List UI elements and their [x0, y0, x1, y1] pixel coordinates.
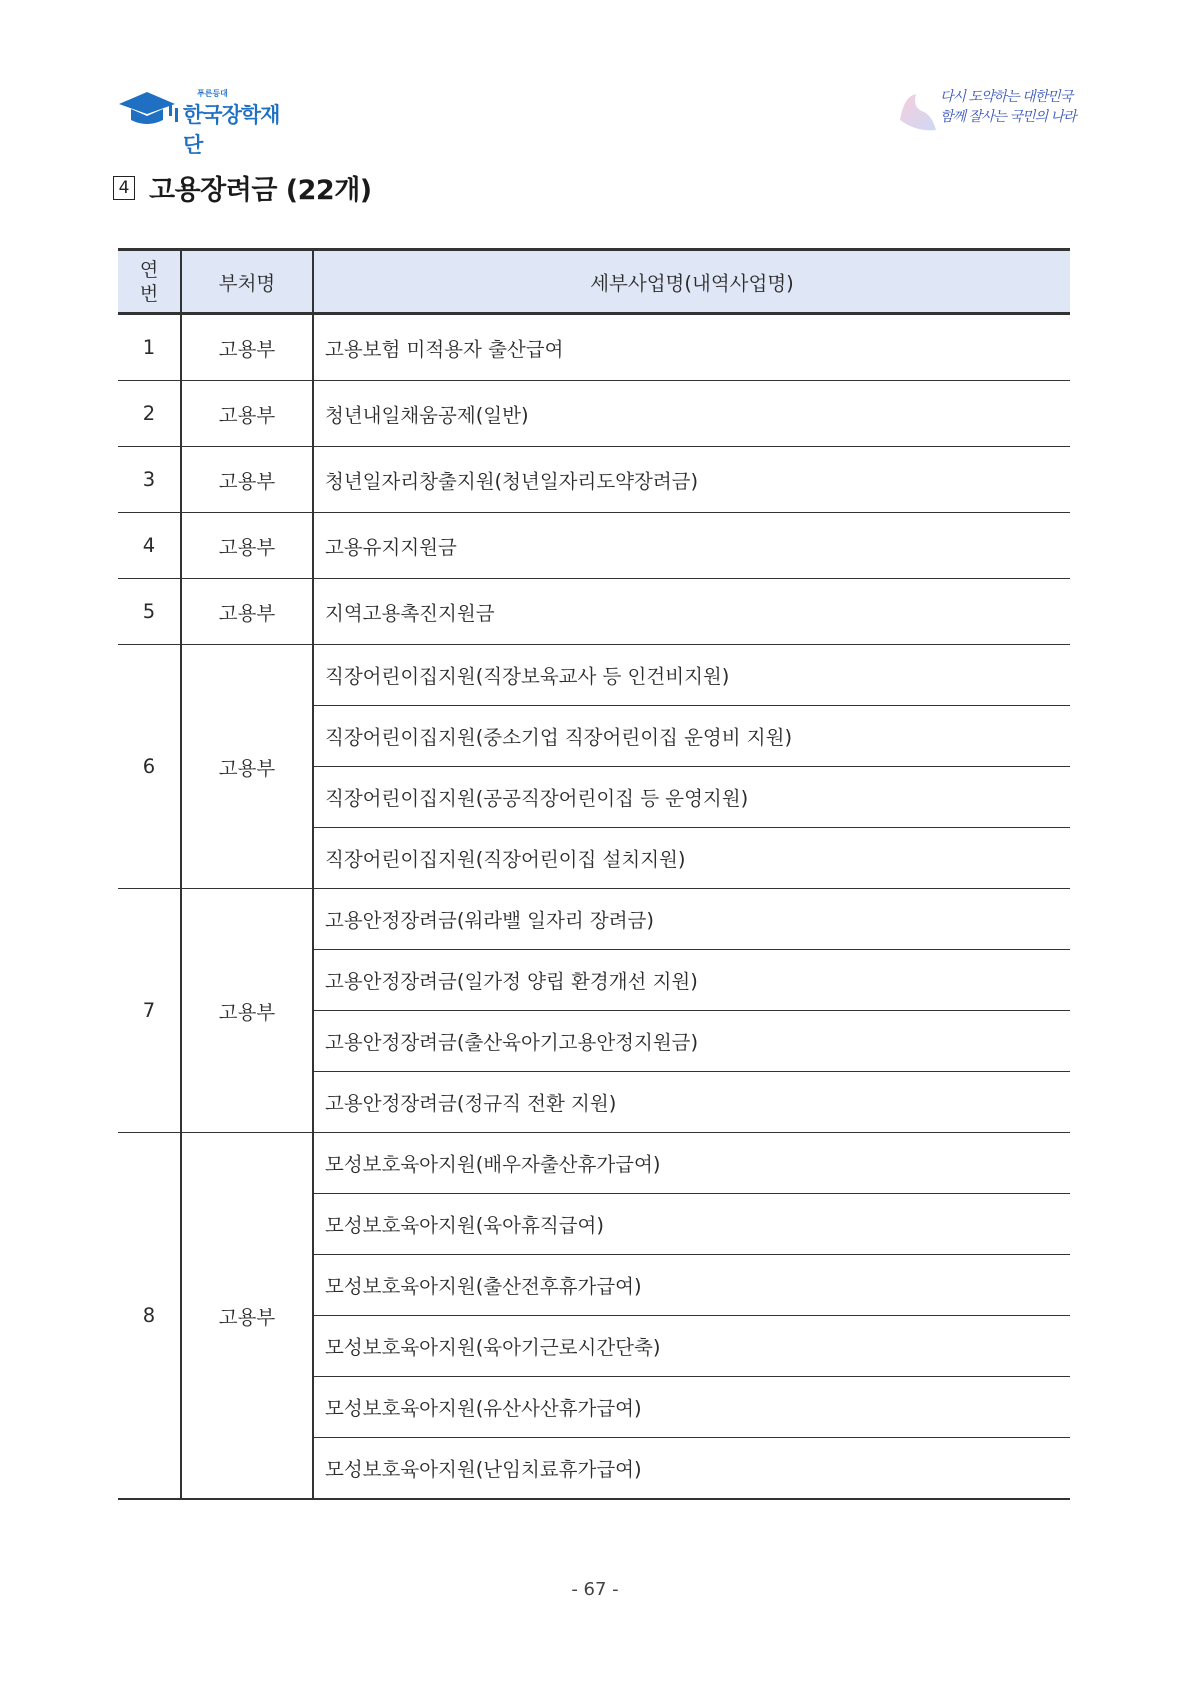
- program-cell: 모성보호육아지원(배우자출산휴가급여): [313, 1133, 1070, 1194]
- dept-cell: 고용부: [181, 381, 313, 447]
- seq-cell: 2: [118, 381, 181, 447]
- program-cell: 고용안정장려금(워라밸 일자리 장려금): [313, 889, 1070, 950]
- table-row: 3 고용부 청년일자리창출지원(청년일자리도약장려금): [118, 447, 1070, 513]
- seq-cell: 4: [118, 513, 181, 579]
- seq-cell: 6: [118, 645, 181, 889]
- page-number: - 67 -: [0, 1579, 1190, 1600]
- program-cell: 직장어린이집지원(직장어린이집 설치지원): [313, 828, 1070, 889]
- dept-cell: 고용부: [181, 1133, 313, 1500]
- program-cell: 고용안정장려금(출산육아기고용안정지원금): [313, 1011, 1070, 1072]
- dept-cell: 고용부: [181, 447, 313, 513]
- program-cell: 고용유지지원금: [313, 513, 1070, 579]
- table-row: 6 고용부 직장어린이집지원(직장보육교사 등 인건비지원): [118, 645, 1070, 706]
- seq-cell: 5: [118, 579, 181, 645]
- program-cell: 모성보호육아지원(육아기근로시간단축): [313, 1316, 1070, 1377]
- table-row: 1 고용부 고용보험 미적용자 출산급여: [118, 314, 1070, 381]
- program-cell: 고용안정장려금(일가정 양립 환경개선 지원): [313, 950, 1070, 1011]
- program-cell: 직장어린이집지원(공공직장어린이집 등 운영지원): [313, 767, 1070, 828]
- program-cell: 모성보호육아지원(육아휴직급여): [313, 1194, 1070, 1255]
- table-row: 4 고용부 고용유지지원금: [118, 513, 1070, 579]
- table-row: 7 고용부 고용안정장려금(워라밸 일자리 장려금): [118, 889, 1070, 950]
- subsidy-table: 연 번 부처명 세부사업명(내역사업명) 1 고용부 고용보험 미적용자 출산급…: [118, 248, 1070, 1500]
- program-cell: 지역고용촉진지원금: [313, 579, 1070, 645]
- program-cell: 고용안정장려금(정규직 전환 지원): [313, 1072, 1070, 1133]
- program-cell: 직장어린이집지원(직장보육교사 등 인건비지원): [313, 645, 1070, 706]
- dept-cell: 고용부: [181, 513, 313, 579]
- dept-cell: 고용부: [181, 579, 313, 645]
- program-cell: 모성보호육아지원(유산사산휴가급여): [313, 1377, 1070, 1438]
- seq-cell: 3: [118, 447, 181, 513]
- seq-cell: 8: [118, 1133, 181, 1500]
- program-cell: 직장어린이집지원(중소기업 직장어린이집 운영비 지원): [313, 706, 1070, 767]
- table-row: 2 고용부 청년내일채움공제(일반): [118, 381, 1070, 447]
- dept-cell: 고용부: [181, 645, 313, 889]
- logo-name: 한국장학재단: [183, 99, 297, 159]
- table-row: 8 고용부 모성보호육아지원(배우자출산휴가급여): [118, 1133, 1070, 1194]
- program-cell: 모성보호육아지원(난임치료휴가급여): [313, 1438, 1070, 1500]
- seq-cell: 1: [118, 314, 181, 381]
- slogan-logo: 다시 도약하는 대한민국 함께 잘사는 국민의 나라: [898, 82, 1098, 134]
- seq-cell: 7: [118, 889, 181, 1133]
- column-header-program: 세부사업명(내역사업명): [313, 250, 1070, 314]
- slogan-line-1: 다시 도약하는 대한민국: [940, 86, 1072, 106]
- section-number-box: 4: [113, 176, 135, 200]
- graduation-cap-icon: [117, 90, 179, 126]
- program-cell: 청년내일채움공제(일반): [313, 381, 1070, 447]
- dept-cell: 고용부: [181, 314, 313, 381]
- decorative-wave-icon: [898, 90, 938, 132]
- table-row: 5 고용부 지역고용촉진지원금: [118, 579, 1070, 645]
- kosaf-logo: 푸른등대 한국장학재단: [117, 86, 297, 132]
- section-heading: 4 고용장려금 (22개): [113, 168, 372, 207]
- program-cell: 모성보호육아지원(출산전후휴가급여): [313, 1255, 1070, 1316]
- dept-cell: 고용부: [181, 889, 313, 1133]
- program-cell: 고용보험 미적용자 출산급여: [313, 314, 1070, 381]
- slogan-line-2: 함께 잘사는 국민의 나라: [940, 106, 1076, 126]
- column-header-dept: 부처명: [181, 250, 313, 314]
- column-header-seq: 연 번: [118, 250, 181, 314]
- section-title: 고용장려금 (22개): [149, 168, 372, 207]
- logo-tagline: 푸른등대: [197, 88, 228, 99]
- program-cell: 청년일자리창출지원(청년일자리도약장려금): [313, 447, 1070, 513]
- table-header-row: 연 번 부처명 세부사업명(내역사업명): [118, 250, 1070, 314]
